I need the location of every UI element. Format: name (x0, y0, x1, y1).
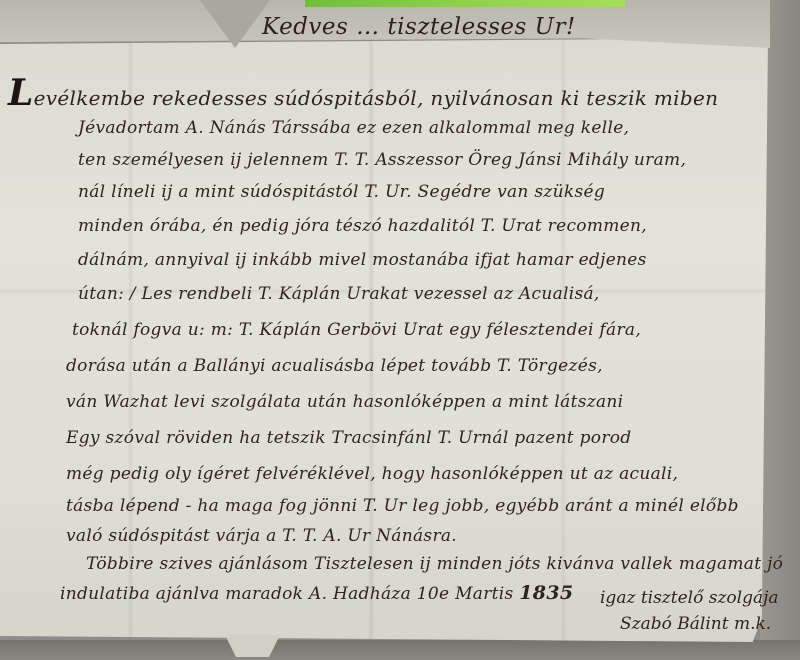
letter-line: Levélkembe rekedesses súdóspitásból, nyi… (8, 72, 718, 114)
line-text: evélkembe rekedesses súdóspitásból, nyil… (34, 86, 719, 110)
letter-line: való súdóspitást várja a T. T. A. Ur Nán… (66, 526, 457, 546)
initial-capital: L (8, 72, 34, 114)
letter-line: dorása után a Ballányi acualisásba lépet… (66, 356, 603, 376)
letter-line: ván Wazhat levi szolgálata után hasonlók… (66, 392, 623, 412)
green-tape-strip (305, 0, 625, 7)
letter-line: tásba lépend - ha maga fog jönni T. Ur l… (66, 496, 739, 516)
letter-closing: igaz tisztelő szolgája (600, 588, 779, 608)
date-year: 1835 (519, 582, 573, 604)
letter-line: Egy szóval röviden ha tetszik Tracsinfán… (66, 428, 631, 448)
letter-line: dálnám, annyival ij inkább mivel mostaná… (78, 250, 647, 270)
letter-line: indulatiba ajánlva maradok A. Hadháza 10… (60, 582, 573, 604)
letter-signature: Szabó Bálint m.k. (620, 614, 771, 634)
letter-line: ten személyesen ij jelennem T. T. Asszes… (78, 150, 686, 170)
letter-line: Jévadortam A. Nánás Társsába ez ezen alk… (78, 118, 629, 138)
letter-line: minden órába, én pedig jóra tészó hazdal… (78, 216, 647, 236)
letter-line: útan: / Les rendbeli T. Káplán Urakat ve… (78, 284, 600, 304)
letter-salutation: Kedves … tisztelesses Ur! (262, 14, 576, 40)
line-text: indulatiba ajánlva maradok A. Hadháza 10… (60, 584, 514, 604)
letter-line: még pedig oly ígéret felvéréklével, hogy… (66, 464, 678, 484)
letter-line: toknál fogva u: m: T. Káplán Gerbövi Ura… (72, 320, 641, 340)
letter-line: nál líneli ij a mint súdóspitástól T. Ur… (78, 182, 605, 202)
letter-line: Többire szives ajánlásom Tisztelesen ij … (86, 554, 783, 574)
background-bottom (0, 640, 800, 660)
